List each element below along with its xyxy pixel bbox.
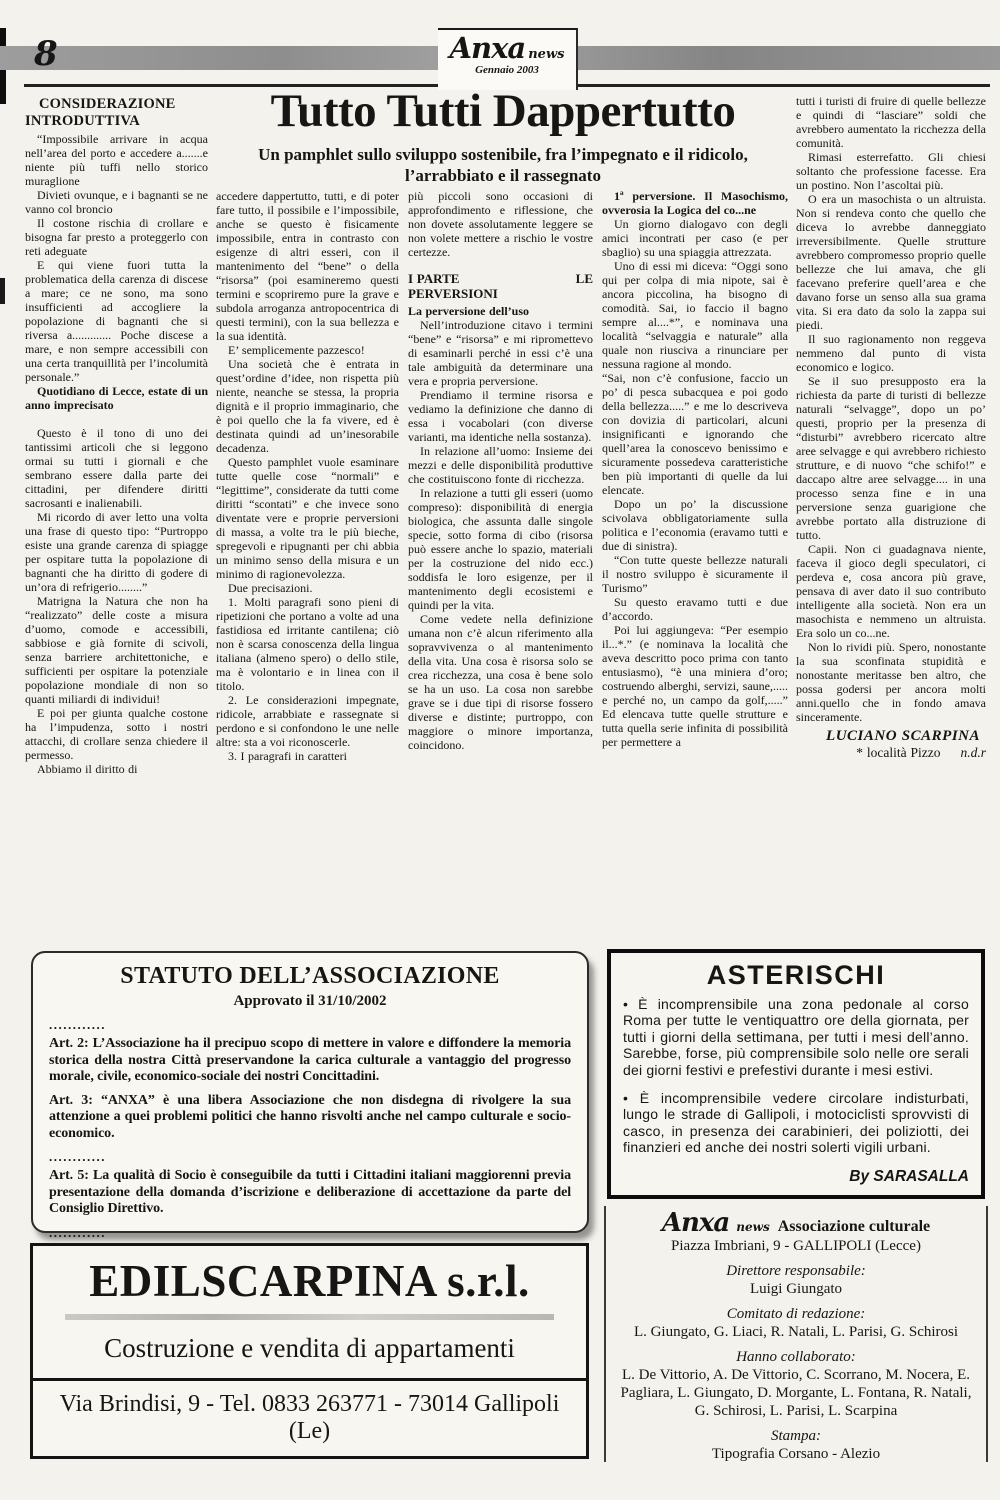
ad-top-section: EDILSCARPINA s.r.l. Costruzione e vendit… (33, 1246, 586, 1378)
column-5-text: tutti i turisti di fruire di quelle bell… (796, 94, 986, 724)
ndr-note: n.d.r (960, 746, 986, 760)
column-1-text: “Impossibile arrivare in acqua nell’area… (25, 132, 208, 776)
part-heading-left: I PARTE (408, 271, 459, 286)
newspaper-page: 8 Anxanews Gennaio 2003 Tutto Tutti Dapp… (0, 0, 1000, 1500)
asterischi-byline: By SARASALLA (623, 1168, 969, 1186)
headline-block: Tutto Tutti Dappertutto Un pamphlet sull… (213, 88, 793, 186)
column-3-text-bottom: La perversione dell’usoNell’introduzione… (408, 304, 593, 752)
ad-divider-smudge (65, 1314, 554, 1320)
asterischi-bullets: • È incomprensibile una zona pedonale al… (623, 996, 969, 1156)
paragraph: “Sai, non c’è confusione, faccio un po’ … (602, 371, 788, 497)
column-3-text-top: più piccoli sono occasioni di approfondi… (408, 189, 593, 259)
colophon-section-label: Hanno collaborato: (616, 1349, 976, 1366)
paragraph: Art. 2: L’Associazione ha il precipuo sc… (49, 1036, 571, 1086)
paragraph: Art. 5: La qualità di Socio è conseguibi… (49, 1168, 571, 1218)
footnote-line: * località Pizzo n.d.r (796, 746, 986, 760)
masthead: Anxanews Gennaio 2003 (438, 28, 578, 90)
paragraph: E’ semplicemente pazzesco! (216, 343, 399, 357)
part-heading-line-2: PERVERSIONI (408, 286, 593, 301)
ad-tagline: Costruzione e vendita di appartamenti (43, 1333, 576, 1364)
paragraph: Matrigna la Natura che non ha “realizzat… (25, 594, 208, 706)
paragraph: Come vedete nella definizione umana non … (408, 612, 593, 752)
paragraph: Un giorno dialogavo con degli amici inco… (602, 217, 788, 259)
statuto-title: STATUTO DELL’ASSOCIAZIONE (49, 963, 571, 989)
paragraph: Su questo eravamo tutti e due d’accordo. (602, 595, 788, 623)
paragraph: Divieti ovunque, e i bagnanti se ne vann… (25, 188, 208, 216)
logo-anxa: Anxa (450, 31, 526, 65)
paragraph: Dopo un po’ la discussione scivolava obb… (602, 497, 788, 553)
paragraph: “Con tutte queste bellezze naturali il n… (602, 553, 788, 595)
paragraph: Una società che è entrata in quest’ordin… (216, 357, 399, 455)
article-title: Tutto Tutti Dappertutto (213, 88, 793, 136)
paragraph: • È incomprensibile vedere circolare ind… (623, 1090, 969, 1156)
paragraph: 2. Le considerazioni impegnate, ridicole… (216, 693, 399, 749)
column-2-text: accedere dappertutto, tutti, e di poter … (216, 189, 399, 763)
paragraph: Quotidiano di Lecce, estate di un anno i… (25, 384, 208, 412)
paragraph: Non lo rividi più. Spero, nonostante la … (796, 640, 986, 724)
scan-artifact-left-mid (0, 278, 5, 304)
paragraph: “Impossibile arrivare in acqua nell’area… (25, 132, 208, 188)
paragraph: Questo pamphlet vuole esaminare tutte qu… (216, 455, 399, 581)
paragraph: Poi lui aggiungeva: “Per esempio il...*.… (602, 623, 788, 749)
column-4-text: 1ª perversione. Il Masochismo, ovverosia… (602, 189, 788, 749)
colophon-address: Piazza Imbriani, 9 - GALLIPOLI (Lecce) (616, 1238, 976, 1255)
colophon-logo-news: news (736, 1220, 769, 1234)
colophon-section-value: L. Giungato, G. Liaci, R. Natali, L. Par… (616, 1323, 976, 1341)
paragraph: ............ (49, 1020, 571, 1029)
paragraph: ............ (49, 1228, 571, 1237)
part-heading-right: LE (576, 271, 593, 286)
column-5: tutti i turisti di fruire di quelle bell… (796, 94, 986, 950)
paragraph: Capii. Non ci guadagnava niente, faceva … (796, 542, 986, 640)
paragraph: E poi per giunta qualche costone ha l’im… (25, 706, 208, 762)
statuto-approved-date: Approvato il 31/10/2002 (49, 993, 571, 1010)
article-subtitle: Un pamphlet sullo sviluppo sostenibile, … (213, 144, 793, 186)
subtitle-line-1: Un pamphlet sullo sviluppo sostenibile, … (213, 144, 793, 165)
footnote-text: * località Pizzo (856, 746, 940, 760)
issue-date: Gennaio 2003 (438, 64, 576, 76)
colophon-header: Anxa news Associazione culturale (616, 1210, 976, 1236)
intro-heading: CONSIDERAZIONE INTRODUTTIVA (25, 96, 208, 130)
paragraph: accedere dappertutto, tutti, e di poter … (216, 189, 399, 343)
page-number: 8 (34, 34, 58, 74)
author-signature: LUCIANO SCARPINA (796, 729, 986, 743)
paragraph: E qui viene fuori tutta la problematica … (25, 258, 208, 384)
paragraph: Il suo ragionamento non reggeva nemmeno … (796, 332, 986, 374)
statuto-box: STATUTO DELL’ASSOCIAZIONE Approvato il 3… (31, 951, 589, 1233)
paragraph: Abbiamo il diritto di (25, 762, 208, 776)
paragraph: Mi ricordo di aver letto una volta una f… (25, 510, 208, 594)
paragraph: Due precisazioni. (216, 581, 399, 595)
paragraph: In relazione a tutti gli esseri (uomo co… (408, 486, 593, 612)
paragraph: più piccoli sono occasioni di approfondi… (408, 189, 593, 259)
paragraph: Rimasi esterrefatto. Gli chiesi soltanto… (796, 150, 986, 192)
colophon-section-value: Luigi Giungato (616, 1280, 976, 1298)
colophon-logo-anxa: Anxa (662, 1208, 729, 1238)
paragraph: 1ª perversione. Il Masochismo, ovverosia… (602, 189, 788, 217)
colophon-org-name: Associazione culturale (778, 1218, 930, 1235)
paragraph: • È incomprensibile una zona pedonale al… (623, 996, 969, 1078)
paragraph: O era un masochista o un altruista. Non … (796, 192, 986, 332)
paragraph: Il costone rischia di crollare e bisogna… (25, 216, 208, 258)
column-4: 1ª perversione. Il Masochismo, ovverosia… (602, 189, 788, 945)
paragraph: Prendiamo il termine risorsa e vediamo l… (408, 388, 593, 444)
column-3: più piccoli sono occasioni di approfondi… (408, 189, 593, 945)
statuto-articles: ............Art. 2: L’Associazione ha il… (49, 1020, 571, 1237)
subtitle-line-2: l’arrabbiato e il rassegnato (213, 165, 793, 186)
edilscarpina-ad: EDILSCARPINA s.r.l. Costruzione e vendit… (30, 1243, 589, 1459)
colophon-section-label: Comitato di redazione: (616, 1306, 976, 1323)
paragraph: ............ (49, 1152, 571, 1161)
colophon: Anxa news Associazione culturale Piazza … (604, 1206, 988, 1462)
part-heading-line-1: I PARTE LE (408, 271, 593, 286)
paragraph: Nell’introduzione citavo i termini “bene… (408, 318, 593, 388)
colophon-section-label: Stampa: (616, 1428, 976, 1445)
paragraph: Art. 3: “ANXA” è una libera Associazione… (49, 1093, 571, 1143)
column-2: accedere dappertutto, tutti, e di poter … (216, 189, 399, 945)
paragraph: La perversione dell’uso (408, 304, 593, 318)
paragraph: 1. Molti paragrafi sono pieni di ripetiz… (216, 595, 399, 693)
paragraph: In relazione all’uomo: Insieme dei mezzi… (408, 444, 593, 486)
paragraph: Questo è il tono di uno dei tantissimi a… (25, 426, 208, 510)
colophon-section-value: L. De Vittorio, A. De Vittorio, C. Scorr… (616, 1366, 976, 1420)
colophon-section-value: Tipografia Corsano - Alezio (616, 1445, 976, 1463)
colophon-section-label: Direttore responsabile: (616, 1263, 976, 1280)
masthead-logo: Anxanews (438, 34, 576, 63)
logo-news: news (528, 47, 564, 62)
column-1-considerazione: CONSIDERAZIONE INTRODUTTIVA “Impossibile… (25, 96, 208, 944)
paragraph: Se il suo presupposto era la richiesta d… (796, 374, 986, 542)
ad-address: Via Brindisi, 9 - Tel. 0833 263771 - 730… (33, 1378, 586, 1456)
asterischi-box: ASTERISCHI • È incomprensibile una zona … (607, 949, 985, 1199)
ad-company-name: EDILSCARPINA s.r.l. (43, 1258, 576, 1305)
paragraph: 3. I paragrafi in caratteri (216, 749, 399, 763)
part-heading: I PARTE LE PERVERSIONI (408, 271, 593, 301)
paragraph: tutti i turisti di fruire di quelle bell… (796, 94, 986, 150)
paragraph: Uno di essi mi diceva: “Oggi sono qui pe… (602, 259, 788, 371)
asterischi-title: ASTERISCHI (623, 960, 969, 991)
colophon-sections: Direttore responsabile:Luigi GiungatoCom… (616, 1263, 976, 1463)
